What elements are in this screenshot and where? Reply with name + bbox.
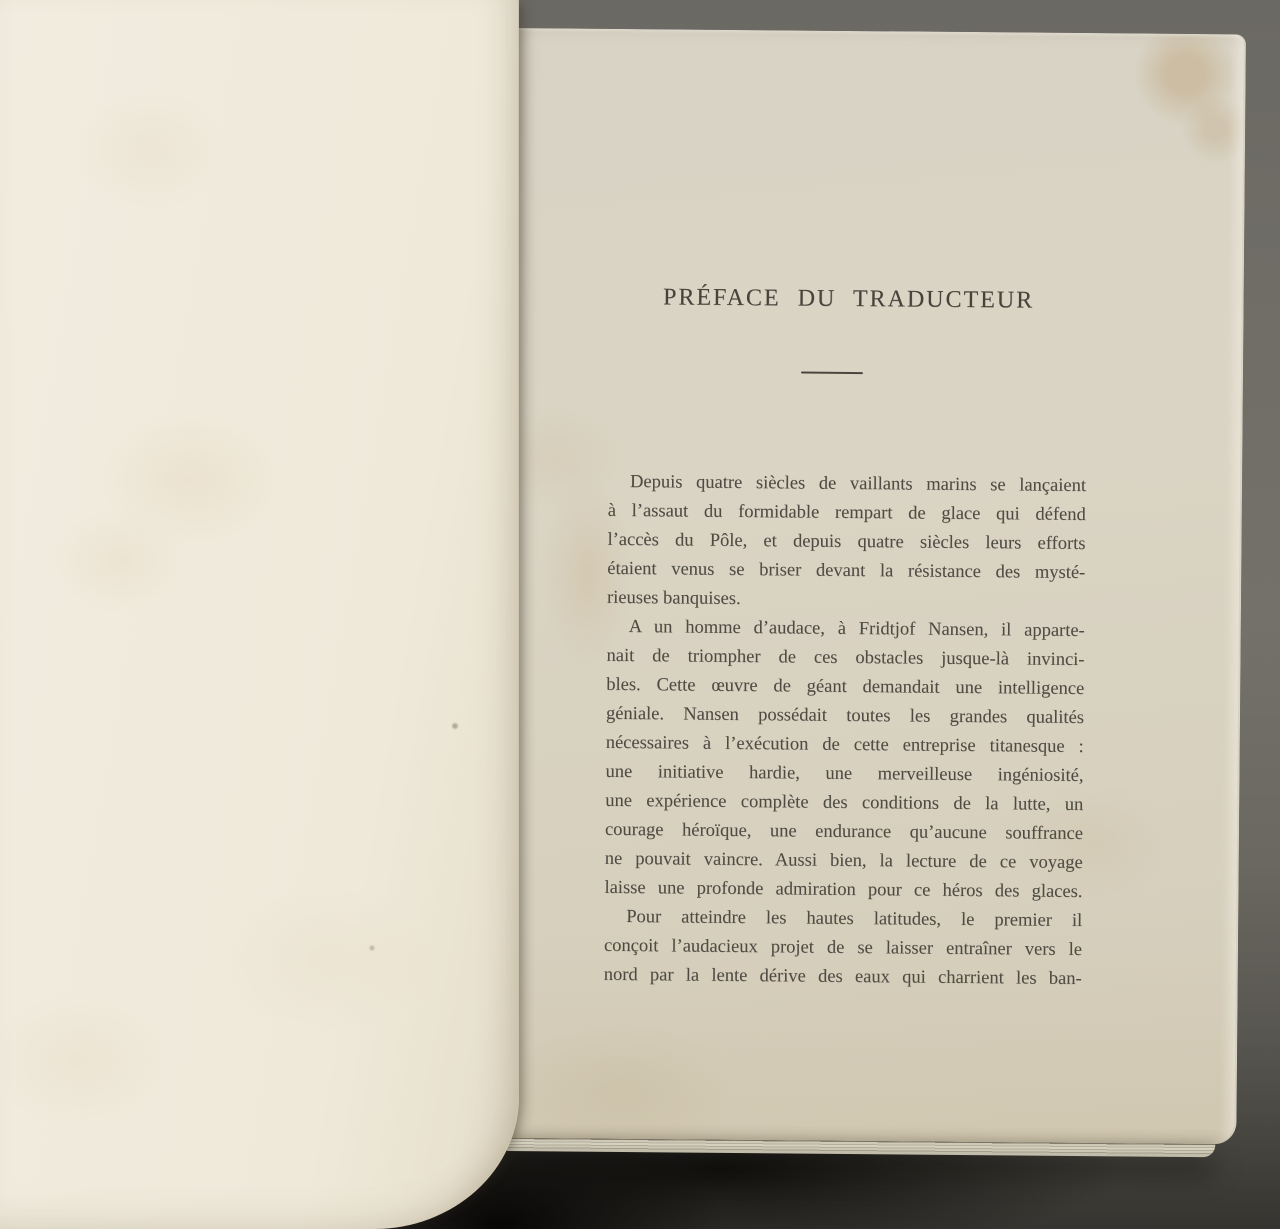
section-divider-rule — [801, 372, 863, 375]
text-line: courage héroïque, une endurance qu’aucun… — [605, 820, 1083, 853]
left-page — [0, 0, 519, 1229]
text-line: rieuses banquises. — [607, 588, 1085, 621]
text-line: bles. Cette œuvre de géant demandait une… — [606, 675, 1084, 708]
text-line: Pour atteindre les hautes latitudes, le … — [604, 907, 1082, 940]
paragraph: Depuis quatre siècles de vaillants marin… — [607, 472, 1086, 621]
text-line: à l’assaut du formidable rempart de glac… — [608, 501, 1086, 534]
text-block: PRÉFACE DU TRADUCTEUR Depuis quatre sièc… — [604, 29, 1090, 998]
body-text: Depuis quatre siècles de vaillants marin… — [604, 472, 1087, 998]
paragraph: Pour atteindre les hautes latitudes, le … — [604, 907, 1083, 998]
text-line: A un homme d’audace, à Fridtjof Nansen, … — [607, 617, 1085, 650]
text-line: une initiative hardie, une merveilleuse … — [605, 762, 1083, 795]
text-line: une expérience complète des conditions d… — [605, 791, 1083, 824]
text-line: nait de triompher de ces obstacles jusqu… — [606, 646, 1084, 679]
text-line: géniale. Nansen possédait toutes les gra… — [606, 704, 1084, 737]
text-line: laisse une profonde admiration pour ce h… — [604, 878, 1082, 911]
text-line: nord par la lente dérive des eaux qui ch… — [604, 965, 1082, 998]
text-line: nécessaires à l’exécution de cette entre… — [606, 733, 1084, 766]
text-line: ne pouvait vaincre. Aussi bien, la lectu… — [605, 849, 1083, 882]
paragraph: A un homme d’audace, à Fridtjof Nansen, … — [604, 617, 1085, 911]
text-line: conçoit l’audacieux projet de se laisser… — [604, 936, 1082, 969]
text-line: étaient venus se briser devant la résist… — [607, 559, 1085, 592]
right-page: PRÉFACE DU TRADUCTEUR Depuis quatre sièc… — [500, 28, 1246, 1144]
right-page-group: PRÉFACE DU TRADUCTEUR Depuis quatre sièc… — [500, 28, 1246, 1144]
text-line: l’accès du Pôle, et depuis quatre siècle… — [607, 530, 1085, 563]
text-line: Depuis quatre siècles de vaillants marin… — [608, 472, 1086, 505]
page-title: PRÉFACE DU TRADUCTEUR — [610, 282, 1088, 316]
book-photo: PRÉFACE DU TRADUCTEUR Depuis quatre sièc… — [0, 0, 1280, 1229]
